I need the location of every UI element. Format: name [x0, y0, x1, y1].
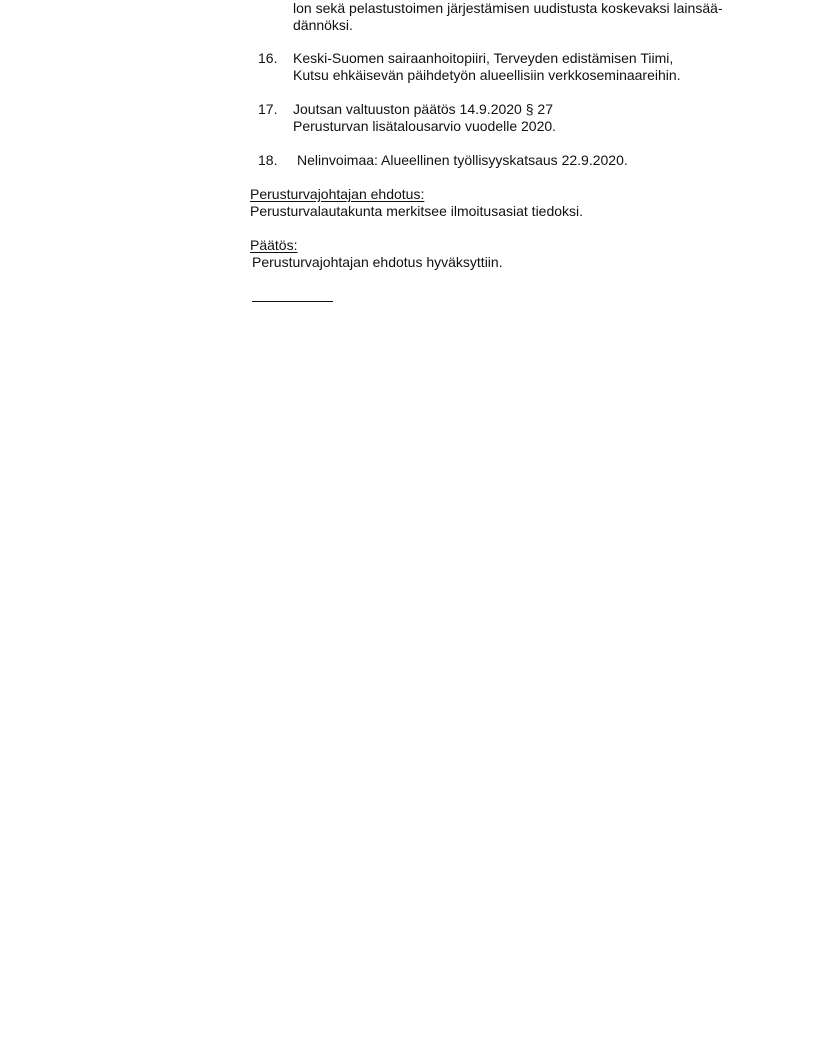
list-item-number: 18. [258, 152, 277, 168]
list-item-number: 16. [258, 50, 277, 66]
continued-item-line-1: lon sekä pelastustoimen järjestämisen uu… [293, 0, 723, 16]
list-item-line: Joutsan valtuuston päätös 14.9.2020 § 27 [293, 101, 553, 117]
list-item-line: Perusturvan lisätalousarvio vuodelle 202… [293, 118, 556, 134]
decision-text: Perusturvajohtajan ehdotus hyväksyttiin. [252, 254, 503, 270]
list-item-line: Keski-Suomen sairaanhoitopiiri, Terveyde… [293, 50, 673, 66]
list-item-line: Nelinvoimaa: Alueellinen työllisyyskatsa… [297, 152, 628, 168]
continued-item-line-2: dännöksi. [293, 17, 353, 33]
list-item-line: Kutsu ehkäisevän päihdetyön alueellisiin… [293, 67, 681, 83]
decision-heading: Päätös: [250, 237, 297, 253]
closing-divider [252, 301, 333, 302]
list-item-number: 17. [258, 101, 277, 117]
proposal-heading: Perusturvajohtajan ehdotus: [250, 186, 424, 202]
proposal-text: Perusturvalautakunta merkitsee ilmoitusa… [250, 203, 583, 219]
